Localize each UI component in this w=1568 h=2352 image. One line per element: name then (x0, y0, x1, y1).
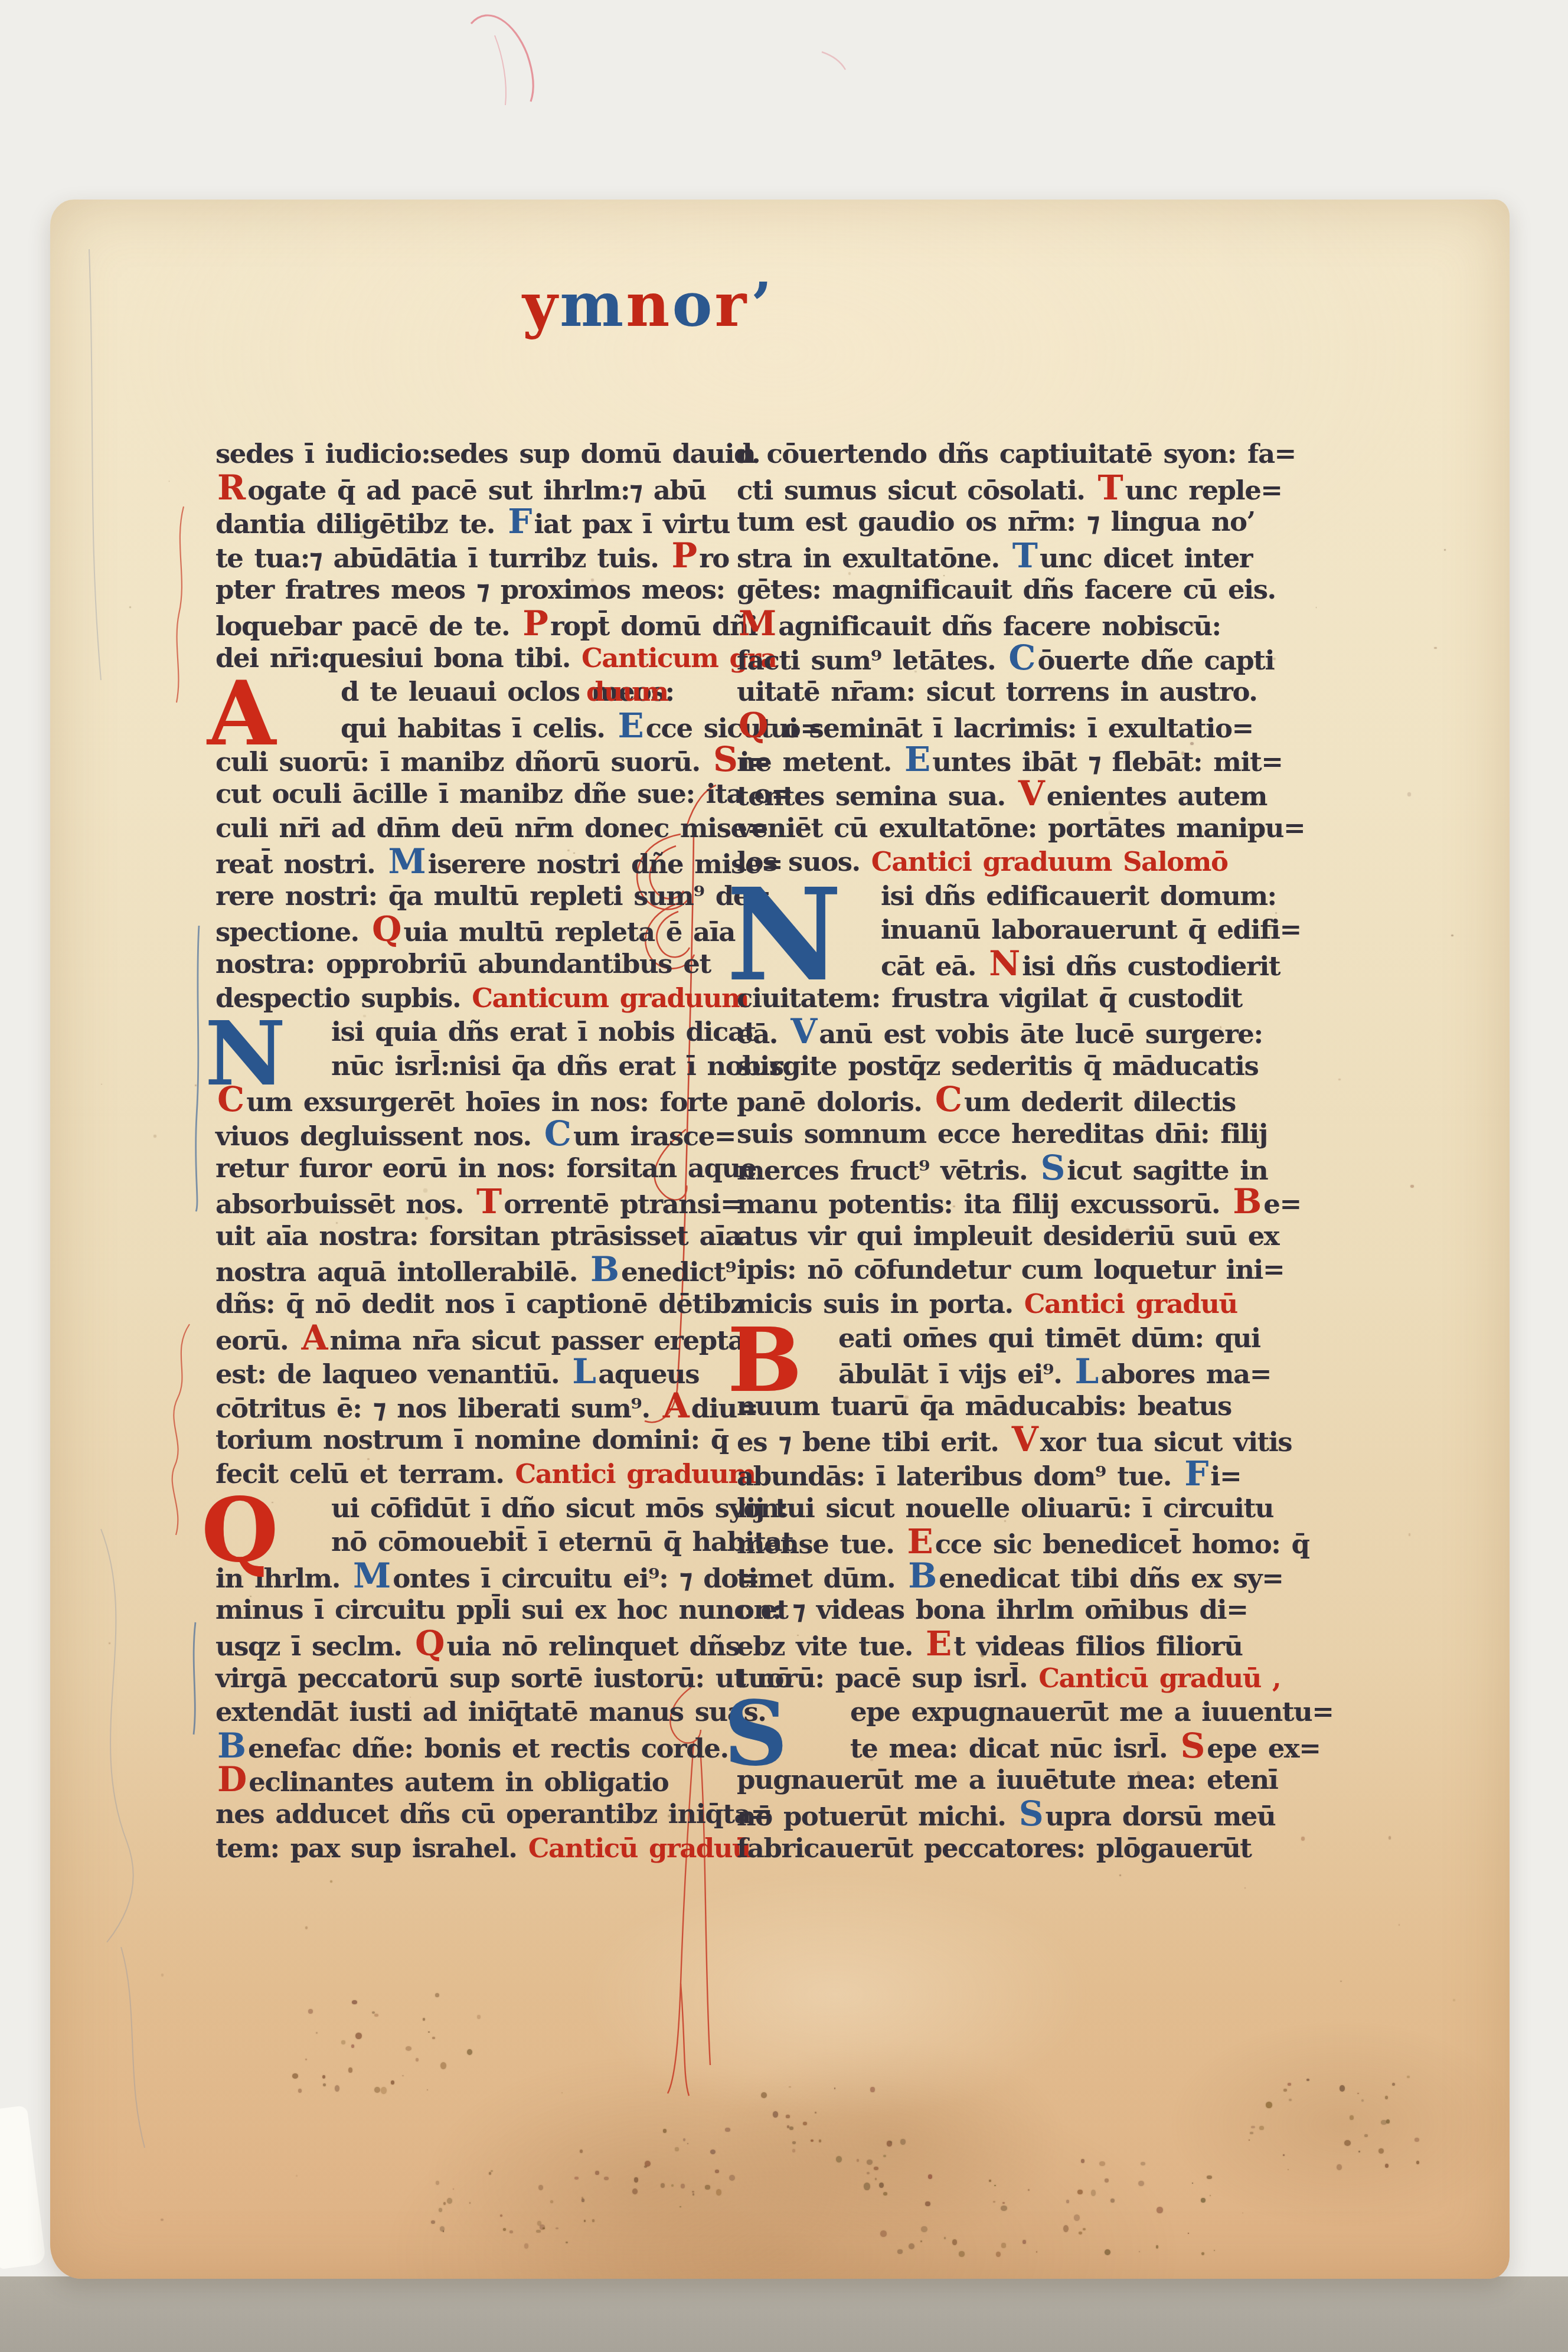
body-text: surgite postq̄z sederitis q̄ māducatis (737, 1050, 1258, 1082)
text-line: nūc isrl̄:nisi q̄a dñs erat ī nobis. (215, 1049, 792, 1083)
foxing-speck (161, 1974, 164, 1977)
text-line: viuos degluissent nos. Cum irasce= (215, 1117, 736, 1151)
text-line: tem: pax sup israhel. Canticū graduū (215, 1831, 750, 1866)
foxing-speck (671, 2184, 673, 2187)
foxing-speck (994, 2185, 995, 2186)
foxing-speck (1385, 2096, 1388, 2099)
foxing-speck (1077, 2190, 1082, 2194)
foxing-speck (1066, 2200, 1069, 2203)
body-text: tentes semina sua. (737, 780, 1017, 812)
lombard-initial: L (1073, 1351, 1101, 1391)
foxing-speck (1364, 2134, 1368, 2137)
body-text: isi quia dñs erat ī nobis dicat (331, 1016, 756, 1047)
foxing-speck (786, 2115, 790, 2118)
foxing-speck (1099, 2161, 1105, 2165)
running-title: ymnor’ (522, 275, 735, 335)
foxing-speck (687, 2143, 688, 2144)
foxing-speck (879, 2183, 884, 2188)
lombard-initial: B (589, 1249, 621, 1289)
text-line: minus ī circuitu ppl̄i sui ex hoc nunc e… (215, 1593, 788, 1627)
foxing-speck (890, 2141, 893, 2143)
text-line: eorū. Anima nr̄a sicut passer erepta (215, 1321, 744, 1355)
foxing-speck (352, 2000, 357, 2004)
text-line: abundās: ī lateribus dom⁹ tue. Fi= (737, 1457, 1241, 1491)
body-text: timet dūm. (737, 1563, 906, 1594)
lombard-initial: S (1178, 1726, 1207, 1766)
body-text: eorū. (215, 1325, 299, 1356)
lombard-initial: B (1231, 1181, 1263, 1221)
foxing-speck (1028, 2189, 1030, 2191)
running-title-letter: m (560, 270, 626, 341)
foxing-speck (883, 2192, 887, 2196)
text-column-left: sedes ī iudicio:sedes sup domū dauid.Rog… (215, 437, 688, 1877)
text-line: fabricauerūt peccatores: plōgauerūt (737, 1831, 1252, 1866)
foxing-speck (663, 2129, 667, 2133)
lombard-initial: E (903, 739, 932, 779)
foxing-speck (834, 2088, 836, 2089)
lombard-initial: T (1011, 535, 1040, 576)
body-text: ōuerte dñe capti (1037, 645, 1274, 676)
body-text: viuos degluissent nos. (215, 1121, 543, 1152)
foxing-speck (1210, 2195, 1211, 2196)
foxing-speck (880, 2230, 887, 2237)
body-text: absorbuissēt nos. (215, 1188, 475, 1220)
foxing-speck (725, 2128, 730, 2132)
text-line: ui cōfidūt ī dño sicut mōs syon: (215, 1491, 788, 1525)
illuminated-initial: A (207, 669, 276, 758)
lombard-initial: F (1182, 1453, 1210, 1494)
foxing-speck (439, 2208, 442, 2212)
body-text: ogate q̄ ad pacē sut ihrlm:⁊ abū (247, 475, 705, 506)
foxing-speck (423, 2018, 425, 2021)
foxing-speck (792, 2149, 795, 2152)
foxing-speck (402, 2075, 404, 2076)
foxing-speck (1434, 647, 1437, 649)
foxing-speck (1188, 2233, 1189, 2234)
foxing-speck (322, 2075, 325, 2078)
foxing-speck (645, 2161, 651, 2167)
foxing-speck (1407, 2076, 1409, 2078)
body-text: atus vir qui impleuit desideriū suū ex (737, 1220, 1279, 1252)
foxing-speck (524, 2243, 528, 2249)
text-line: fecit celū et terram. Cantici graduum (215, 1457, 756, 1491)
body-text: torium nostrum ī nomine domini: q̄ (215, 1424, 729, 1455)
foxing-speck (477, 2015, 481, 2019)
text-line: on: ⁊ videas bona ihrlm om̄ibus di= (737, 1593, 1247, 1627)
foxing-speck (351, 2044, 354, 2047)
body-text: uia multū repleta ē aīa (403, 916, 735, 948)
text-line: Rogate q̄ ad pacē sut ihrlm:⁊ abū (215, 471, 706, 505)
foxing-speck (993, 2201, 995, 2203)
body-text: abores ma= (1100, 1358, 1270, 1390)
body-text: epe expugnauerūt me a iuuentu= (850, 1696, 1333, 1727)
lombard-initial: N (987, 943, 1022, 984)
foxing-speck (1207, 2175, 1212, 2180)
body-text: xor tua sicut vitis (1040, 1426, 1292, 1458)
foxing-speck (1340, 1981, 1342, 1982)
foxing-speck (1350, 2115, 1354, 2120)
foxing-speck (857, 2159, 859, 2162)
text-line: Benefac dñe: bonis et rectis corde. (215, 1729, 729, 1763)
text-line: Cum exsurgerēt hoīes in nos: forte (215, 1083, 728, 1117)
body-text: dantia diligētibz te. (215, 508, 506, 540)
body-text: nūc isrl̄:nisi q̄a dñs erat ī nobis. (331, 1050, 792, 1082)
text-line: usqz ī seclm. Quia nō relinquet dñs (215, 1627, 740, 1661)
foxing-speck (1283, 2089, 1287, 2092)
foxing-speck (705, 2185, 710, 2189)
text-line: torium nostrum ī nomine domini: q̄ (215, 1423, 729, 1457)
foxing-speck (1242, 2213, 1243, 2214)
rubric-text: Cantici graduum Salomō (871, 846, 1228, 877)
text-line: cut oculi ācille ī manibz dñe sue: ita o… (215, 777, 792, 811)
body-text: lij tui sicut nouelle oliuarū: ī circuit… (737, 1492, 1273, 1524)
foxing-speck (870, 2087, 875, 2092)
text-line: pter fratres meos ⁊ proximos meos: (215, 573, 725, 607)
foxing-speck (374, 2087, 380, 2093)
foxing-speck (874, 2167, 878, 2170)
lombard-initial: V (1017, 773, 1047, 814)
lombard-initial: F (506, 501, 534, 541)
foxing-speck (435, 1993, 439, 1997)
foxing-speck (1409, 1533, 1411, 1536)
foxing-speck (566, 2242, 568, 2243)
foxing-speck (1001, 2243, 1007, 2248)
foxing-speck (729, 2175, 736, 2181)
body-text: dñs: q̄ nō dedit nos ī captionē dētibz (215, 1288, 744, 1319)
body-text: nō potuerūt michi. (737, 1801, 1017, 1832)
text-line: dñs: q̄ nō dedit nos ī captionē dētibz (215, 1287, 744, 1321)
body-text: nima nr̄a sicut passer erepta (329, 1325, 744, 1356)
foxing-speck (427, 2089, 429, 2090)
foxing-speck (1074, 2214, 1080, 2220)
lombard-initial: E (924, 1623, 953, 1664)
body-text: cut oculi ācille ī manibz dñe sue: ita o… (215, 778, 792, 809)
foxing-speck (1139, 2251, 1140, 2252)
text-line: nō potuerūt michi. Supra dorsū meū (737, 1797, 1275, 1831)
body-text: te tua:⁊ abūdātia ī turribz tuis. (215, 543, 670, 574)
text-line: mense tue. Ecce sic benedicet̄ homo: q̄ (737, 1525, 1309, 1559)
illuminated-initial: N (726, 871, 842, 998)
text-line: tentes semina sua. Venientes autem (737, 777, 1267, 811)
foxing-speck (864, 2183, 870, 2190)
lombard-initial: D (215, 1759, 249, 1799)
text-line: tum est gaudio os nr̄m: ⁊ lingua no’ (737, 505, 1255, 539)
foxing-speck (996, 2252, 1001, 2258)
foxing-speck (959, 2251, 965, 2256)
foxing-speck (153, 1135, 156, 1137)
foxing-speck (773, 2111, 778, 2118)
foxing-speck (1385, 2164, 1389, 2168)
foxing-speck (792, 2141, 796, 2144)
foxing-speck (308, 2009, 313, 2014)
body-text: abundās: ī lateribus dom⁹ tue. (737, 1461, 1182, 1492)
running-title-letter: n (626, 270, 672, 341)
body-text: manu potentis: ita filij excussorū. (737, 1188, 1231, 1220)
text-line: eati om̄es qui timēt dūm: qui (737, 1321, 1260, 1355)
foxing-speck (348, 2067, 352, 2073)
foxing-speck (305, 2059, 307, 2060)
foxing-speck (292, 2073, 298, 2079)
foxing-speck (1444, 549, 1446, 551)
lombard-initial: C (543, 1113, 573, 1154)
foxing-speck (428, 2031, 430, 2033)
body-text: culi suorū: ī manibz dñorū suorū. (215, 746, 711, 778)
foxing-speck (374, 2014, 378, 2017)
foxing-speck (900, 2139, 906, 2145)
text-line: suis somnum ecce hereditas dn̄i: filij (737, 1117, 1268, 1151)
foxing-speck (1338, 1079, 1340, 1080)
foxing-speck (928, 2174, 932, 2179)
foxing-speck (432, 2037, 435, 2039)
foxing-speck (811, 2139, 814, 2142)
rubric-text: Cantici graduum (515, 1458, 755, 1489)
foxing-speck (1110, 2199, 1115, 2203)
body-text: loquebar pacē de te. (215, 610, 521, 642)
foxing-speck (453, 2188, 454, 2190)
foxing-speck (341, 2040, 345, 2044)
foxing-speck (1201, 2198, 1206, 2203)
photographed-gutenberg-leaf: ymnor’ sedes ī iudicio:sedes sup domū da… (0, 0, 1568, 2352)
text-line: facti sum⁹ letātes. Cōuerte dñe capti (737, 641, 1274, 675)
foxing-speck (582, 2199, 584, 2202)
text-line: eā. Vanū est vobis āte lucē surgere: (737, 1015, 1263, 1049)
lombard-initial: M (737, 603, 778, 643)
foxing-speck (632, 2188, 638, 2194)
text-line: lij tui sicut nouelle oliuarū: ī circuit… (737, 1491, 1273, 1525)
rubric-text: Canticū graduū (528, 1832, 751, 1864)
foxing-speck (561, 2092, 563, 2093)
illuminated-initial: N (205, 1010, 286, 1098)
foxing-speck (440, 2062, 446, 2069)
foxing-speck (406, 2046, 411, 2051)
foxing-speck (161, 2219, 164, 2221)
text-line: culi nr̄i ad dn̄m deū nr̄m donec mise= (215, 811, 768, 845)
text-line: loquebar pacē de te. Propt̄ domū dñi (215, 607, 757, 641)
foxing-speck (716, 2189, 721, 2196)
text-line: timet dūm. Benedicat tibi dñs ex sy= (737, 1559, 1283, 1593)
foxing-speck (1192, 2183, 1193, 2184)
text-line: nō cōmouebit̄ ī eternū q̄ habitat (215, 1525, 793, 1559)
lombard-initial: P (521, 603, 550, 643)
foxing-speck (789, 2126, 793, 2130)
running-title-letter: ’ (751, 270, 775, 341)
lombard-initial: R (215, 468, 247, 508)
body-text: gētes: magnificauit dñs facere cū eis. (737, 574, 1276, 605)
foxing-speck (952, 2239, 958, 2245)
foxing-speck (1083, 2228, 1086, 2230)
lombard-initial: S (1017, 1794, 1046, 1834)
body-text: usqz ī seclm. (215, 1631, 413, 1662)
lombard-initial: M (386, 841, 427, 881)
text-line: ābulāt ī vijs ei⁹. Labores ma= (737, 1355, 1271, 1389)
foxing-speck (819, 2139, 822, 2142)
foxing-speck (692, 2191, 694, 2193)
text-line: reat̄ nostri. Miserere nostri dñe mise= (215, 845, 782, 879)
foxing-speck (1063, 2225, 1069, 2232)
body-text: mense tue. (737, 1528, 906, 1560)
foxing-speck (372, 2011, 375, 2014)
foxing-speck (1250, 2132, 1253, 2134)
body-text: panē doloris. (737, 1086, 933, 1118)
text-line: nostra aquā intollerabilē. Benedict⁹ (215, 1253, 736, 1287)
text-line: stra in exultatōne. Tunc dicet inter (737, 539, 1252, 573)
foxing-speck (1399, 1924, 1400, 1925)
text-line: pugnauerūt me a iuuētute mea: etenī (737, 1763, 1278, 1797)
foxing-speck (789, 2086, 791, 2088)
foxing-speck (305, 1926, 308, 1930)
foxing-speck (1138, 2181, 1144, 2186)
rubric-text: Canticū graduū , (1038, 1662, 1280, 1694)
lombard-initial: V (789, 1011, 819, 1051)
running-title-letter: o (672, 270, 714, 341)
body-text: culi nr̄i ad dn̄m deū nr̄m donec mise= (215, 812, 768, 844)
foxing-speck (683, 2138, 685, 2141)
body-text: um dederit dilectis (964, 1086, 1236, 1118)
body-text: qui habitas ī celis. (341, 713, 616, 744)
foxing-speck (887, 2141, 892, 2146)
body-text: upra dorsū meū (1046, 1801, 1276, 1832)
foxing-speck (1340, 2085, 1345, 2091)
foxing-speck (509, 2230, 513, 2233)
text-line: nostra: opprobriū abundantibus et (215, 947, 711, 981)
foxing-speck (867, 2172, 870, 2174)
body-text: orrentē ptransi= (504, 1188, 741, 1220)
body-text: on: ⁊ videas bona ihrlm om̄ibus di= (737, 1594, 1247, 1625)
lombard-initial: E (616, 705, 645, 746)
foxing-speck (715, 2170, 719, 2173)
text-line: cti sumus sicut cōsolati. Tunc reple= (737, 471, 1282, 505)
body-text: eā. (737, 1018, 789, 1050)
foxing-speck (1407, 792, 1411, 796)
foxing-speck (1301, 1837, 1305, 1841)
body-text: isi dñs custodierit (1022, 950, 1280, 982)
foxing-speck (1306, 2079, 1309, 2081)
body-text: iat pax ī virtu (534, 508, 730, 540)
illuminated-initial: Q (201, 1486, 279, 1574)
foxing-speck (1361, 2099, 1364, 2102)
foxing-speck (1358, 2151, 1360, 2152)
foxing-speck (875, 2178, 877, 2180)
foxing-speck (447, 2198, 452, 2204)
foxing-speck (1201, 2252, 1204, 2255)
foxing-speck (921, 2226, 927, 2233)
foxing-speck (195, 1084, 197, 1086)
foxing-speck (1091, 2190, 1096, 2196)
foxing-speck (909, 2243, 914, 2249)
text-line: atus vir qui impleuit desideriū suū ex (737, 1219, 1279, 1253)
body-text: eclinantes autem in obligatio (249, 1766, 668, 1798)
foxing-speck (1386, 2119, 1390, 2124)
foxing-speck (680, 2206, 681, 2207)
foxing-speck (1251, 2126, 1255, 2129)
body-text: sedes ī iudicio:sedes sup domū dauid. (215, 438, 760, 469)
body-text: enedict⁹ (621, 1256, 736, 1288)
foxing-speck (1141, 2162, 1145, 2165)
body-text: te mea: dicat nūc isrl̄. (850, 1733, 1178, 1764)
text-line: d te leuaui oclos meos:duum (215, 675, 674, 709)
foxing-speck (440, 2226, 445, 2232)
body-text: nostra: opprobriū abundantibus et (215, 948, 711, 979)
running-title-letter: r (714, 270, 750, 341)
foxing-speck (355, 2033, 361, 2039)
text-line: gētes: magnificauit dñs facere cū eis. (737, 573, 1276, 607)
foxing-speck (1389, 1836, 1391, 1840)
foxing-speck (1453, 1999, 1455, 2002)
table-surface (0, 2276, 1568, 2352)
foxing-speck (316, 2032, 318, 2034)
foxing-speck (815, 2112, 816, 2113)
body-text: agnificauit dñs facere nobiscū: (778, 610, 1220, 642)
foxing-speck (989, 2180, 991, 2182)
foxing-speck (574, 2177, 579, 2180)
foxing-speck (536, 2230, 541, 2233)
text-line: dei nr̄i:quesiui bona tibi. Canticum gra (215, 641, 776, 675)
body-text: nes adducet dñs cū operantibz iniq̄ta= (215, 1798, 772, 1830)
foxing-speck (584, 2220, 586, 2222)
foxing-speck (1156, 2245, 1158, 2248)
body-text: anū est vobis āte lucē surgere: (819, 1018, 1262, 1050)
body-text: um irasce= (573, 1121, 736, 1152)
body-text: ropt̄ domū dñi (550, 610, 757, 642)
body-text: uit aīa nostra: forsitan ptrāsisset aīa (215, 1220, 741, 1252)
text-line: est: de laqueo venantiū. Laqueus (215, 1355, 699, 1389)
text-line: absorbuissēt nos. Torrentē ptransi= (215, 1185, 741, 1219)
body-text: unc reple= (1125, 475, 1282, 506)
text-line: ipis: nō cōfundetur cum loquetur ini= (737, 1253, 1284, 1287)
foxing-speck (550, 2200, 553, 2203)
foxing-speck (803, 2122, 806, 2125)
body-text: pugnauerūt me a iuuētute mea: etenī (737, 1764, 1278, 1795)
foxing-speck (1249, 2139, 1250, 2141)
body-text: tem: pax sup israhel. (215, 1832, 528, 1864)
foxing-speck (1289, 2099, 1292, 2102)
foxing-speck (925, 2201, 930, 2206)
rubric-text: Cantici graduū (1024, 1288, 1237, 1319)
body-text: enedicat tibi dñs ex sy= (939, 1563, 1283, 1594)
foxing-speck (489, 2172, 491, 2174)
text-line: surgite postq̄z sederitis q̄ māducatis (737, 1049, 1258, 1083)
foxing-speck (920, 2240, 922, 2242)
text-line: culi suorū: ī manibz dñorū suorū. Si= (215, 743, 770, 777)
rubric-text: Canticum graduum (472, 982, 749, 1014)
foxing-speck (1244, 1887, 1246, 1889)
foxing-speck (436, 2181, 439, 2185)
lombard-initial: C (933, 1079, 964, 1119)
foxing-speck (604, 2177, 609, 2180)
body-text: fabricauerūt peccatores: plōgauerūt (737, 1832, 1252, 1864)
lombard-initial: T (475, 1181, 504, 1221)
body-text: ro (699, 543, 729, 574)
lombard-initial: Q (370, 909, 404, 949)
foxing-speck (538, 2185, 543, 2190)
foxing-speck (675, 2147, 679, 2151)
text-line: extendāt iusti ad iniq̄tatē manus suas. (215, 1695, 766, 1729)
foxing-speck (1002, 2202, 1005, 2204)
foxing-speck (381, 2087, 386, 2093)
foxing-speck (1344, 2140, 1351, 2146)
foxing-speck (580, 2150, 583, 2153)
lombard-initial: C (1007, 638, 1037, 678)
foxing-speck (469, 2202, 471, 2203)
body-text: nō cōmouebit̄ ī eternū q̄ habitat (331, 1526, 793, 1557)
text-line: manu potentis: ita filij excussorū. Be= (737, 1185, 1301, 1219)
body-text: reat̄ nostri. (215, 848, 386, 880)
body-text: extendāt iusti ad iniq̄tatē manus suas. (215, 1696, 766, 1727)
text-line: dantia diligētibz te. Fiat pax ī virtu (215, 505, 730, 539)
foxing-speck (867, 2160, 873, 2165)
body-text: inuanū laborauerunt q̄ edifi= (881, 914, 1301, 945)
foxing-speck (543, 2227, 544, 2230)
